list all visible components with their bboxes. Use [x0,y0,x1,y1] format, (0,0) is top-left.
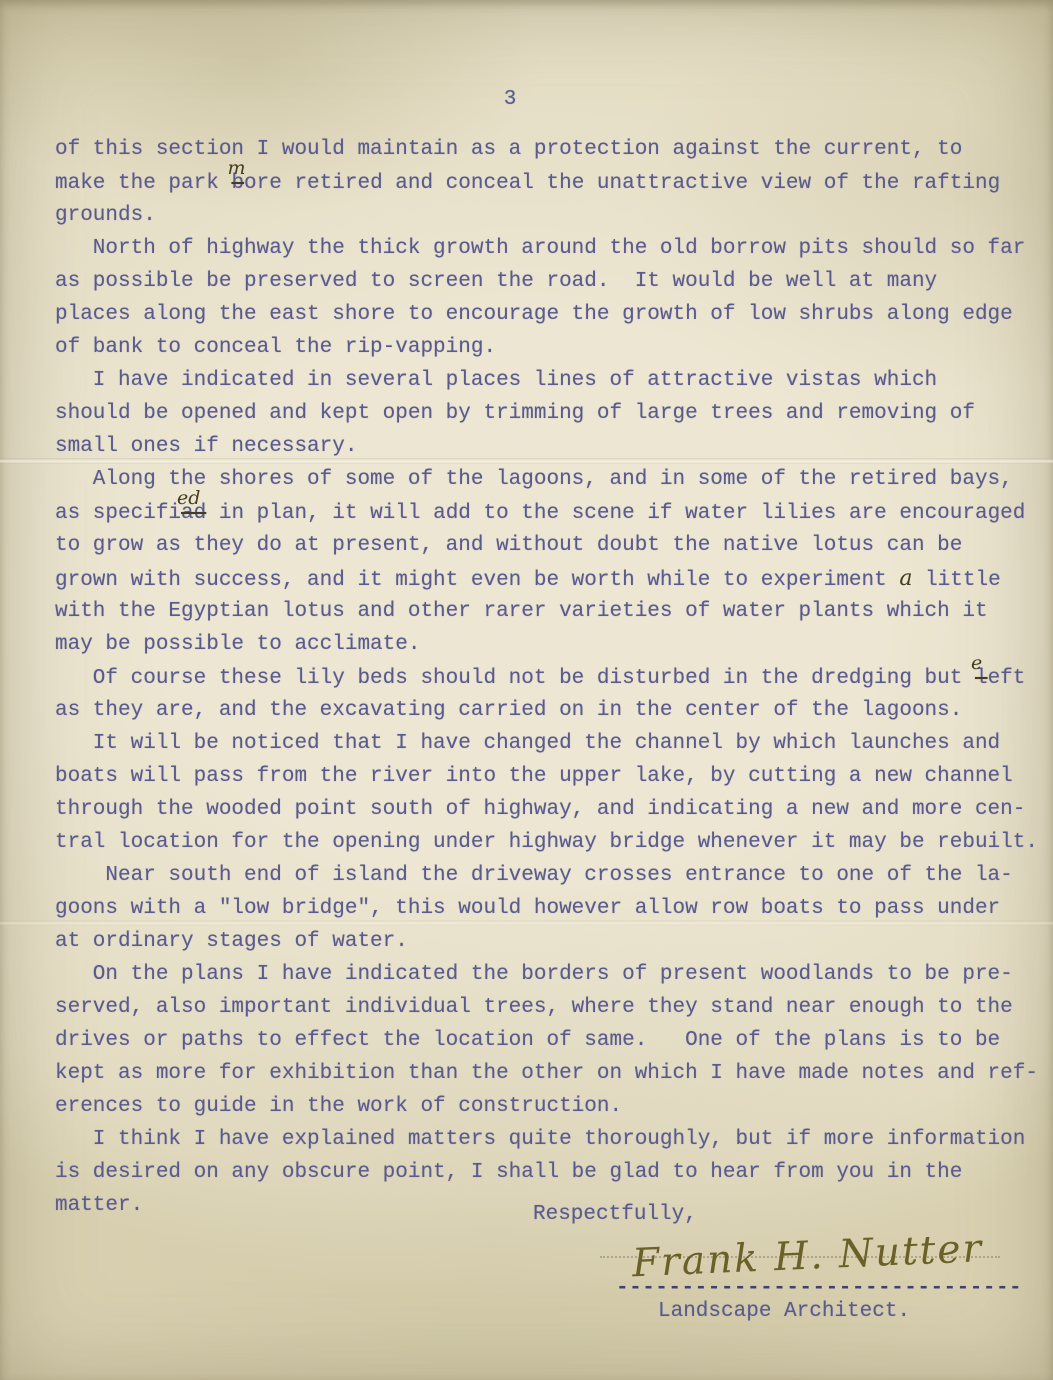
letter-line: may be possible to acclimate. [55,628,1045,661]
handwritten-correction: a [899,566,912,591]
typed-text: as specifi [55,502,181,525]
typed-text: erences to guide in the work of construc… [55,1095,622,1118]
typed-text: at ordinary stages of water. [55,930,408,953]
letter-line: served, also important individual trees,… [55,991,1045,1024]
typed-text: It will be noticed that I have changed t… [55,732,1000,755]
letter-page: 3 of this section I would maintain as a … [0,0,1053,1380]
typed-text: ore retired and conceal the unattractive… [244,172,1000,195]
typed-text: served, also important individual trees,… [55,996,1013,1019]
typed-text: eft [988,667,1026,690]
typed-text: tral location for the opening under high… [55,831,1038,854]
typed-text: in plan, it will add to the scene if wat… [206,502,1025,525]
typed-text: On the plans I have indicated the border… [55,963,1013,986]
typed-text: little [912,569,1000,592]
typed-text: I have indicated in several places lines… [55,369,937,392]
typed-text: make the park [55,172,231,195]
letter-line: It will be noticed that I have changed t… [55,727,1045,760]
typed-text: drives or paths to effect the location o… [55,1029,1000,1052]
letter-line: should be opened and kept open by trimmi… [55,397,1045,430]
letter-line: drives or paths to effect the location o… [55,1024,1045,1057]
typed-text: of bank to conceal the rip-vapping. [55,336,496,359]
letter-line: of this section I would maintain as a pr… [55,133,1045,166]
letter-line: small ones if necessary. [55,430,1045,463]
typed-text: goons with a "low bridge", this would ho… [55,897,1000,920]
letter-line: with the Egyptian lotus and other rarer … [55,595,1045,628]
letter-line: grown with success, and it might even be… [55,562,1045,595]
typed-text: boats will pass from the river into the … [55,765,1013,788]
typed-text: places along the east shore to encourage… [55,303,1013,326]
typed-text: grown with success, and it might even be… [55,569,899,592]
letter-line: of bank to conceal the rip-vapping. [55,331,1045,364]
typed-text: with the Egyptian lotus and other rarer … [55,600,988,623]
typed-text: grounds. [55,204,156,227]
letter-line: Near south end of island the driveway cr… [55,859,1045,892]
typed-text: North of highway the thick growth around… [55,237,1025,260]
page-number: 3 [460,88,560,111]
signature-title: Landscape Architect. [658,1300,910,1323]
letter-line: is desired on any obscure point, I shall… [55,1156,1045,1189]
letter-line: at ordinary stages of water. [55,925,1045,958]
typed-text: matter. [55,1194,143,1217]
closing-respectfully: Respectfully, [533,1203,697,1226]
letter-line: Along the shores of some of the lagoons,… [55,463,1045,496]
typed-text: through the wooded point south of highwa… [55,798,1025,821]
typed-text: I think I have explained matters quite t… [55,1128,1025,1151]
typed-text: as possible be preserved to screen the r… [55,270,937,293]
typed-text: as they are, and the excavating carried … [55,699,962,722]
letter-line: as possible be preserved to screen the r… [55,265,1045,298]
letter-line: tral location for the opening under high… [55,826,1045,859]
typed-text: Near south end of island the driveway cr… [55,864,1013,887]
typed-text: should be opened and kept open by trimmi… [55,402,975,425]
letter-line: through the wooded point south of highwa… [55,793,1045,826]
typed-text: is desired on any obscure point, I shall… [55,1161,962,1184]
letter-line: as specifiedad in plan, it will add to t… [55,496,1045,529]
letter-body: of this section I would maintain as a pr… [55,133,1045,1222]
letter-line: to grow as they do at present, and witho… [55,529,1045,562]
letter-line: kept as more for exhibition than the oth… [55,1057,1045,1090]
letter-line: goons with a "low bridge", this would ho… [55,892,1045,925]
letter-line: as they are, and the excavating carried … [55,694,1045,727]
letter-line: I have indicated in several places lines… [55,364,1045,397]
letter-line: I think I have explained matters quite t… [55,1123,1045,1156]
typed-text: of this section I would maintain as a pr… [55,138,962,161]
letter-line: Of course these lily beds should not be … [55,661,1045,694]
letter-line: erences to guide in the work of construc… [55,1090,1045,1123]
letter-line: On the plans I have indicated the border… [55,958,1045,991]
typed-text: to grow as they do at present, and witho… [55,534,962,557]
typed-text: kept as more for exhibition than the oth… [55,1062,1038,1085]
letter-line: places along the east shore to encourage… [55,298,1045,331]
typed-text: small ones if necessary. [55,435,357,458]
letter-line: make the park mbore retired and conceal … [55,166,1045,199]
letter-line: boats will pass from the river into the … [55,760,1045,793]
letter-line: North of highway the thick growth around… [55,232,1045,265]
typed-text: Of course these lily beds should not be … [55,667,975,690]
letter-line: grounds. [55,199,1045,232]
typed-text: may be possible to acclimate. [55,633,420,656]
